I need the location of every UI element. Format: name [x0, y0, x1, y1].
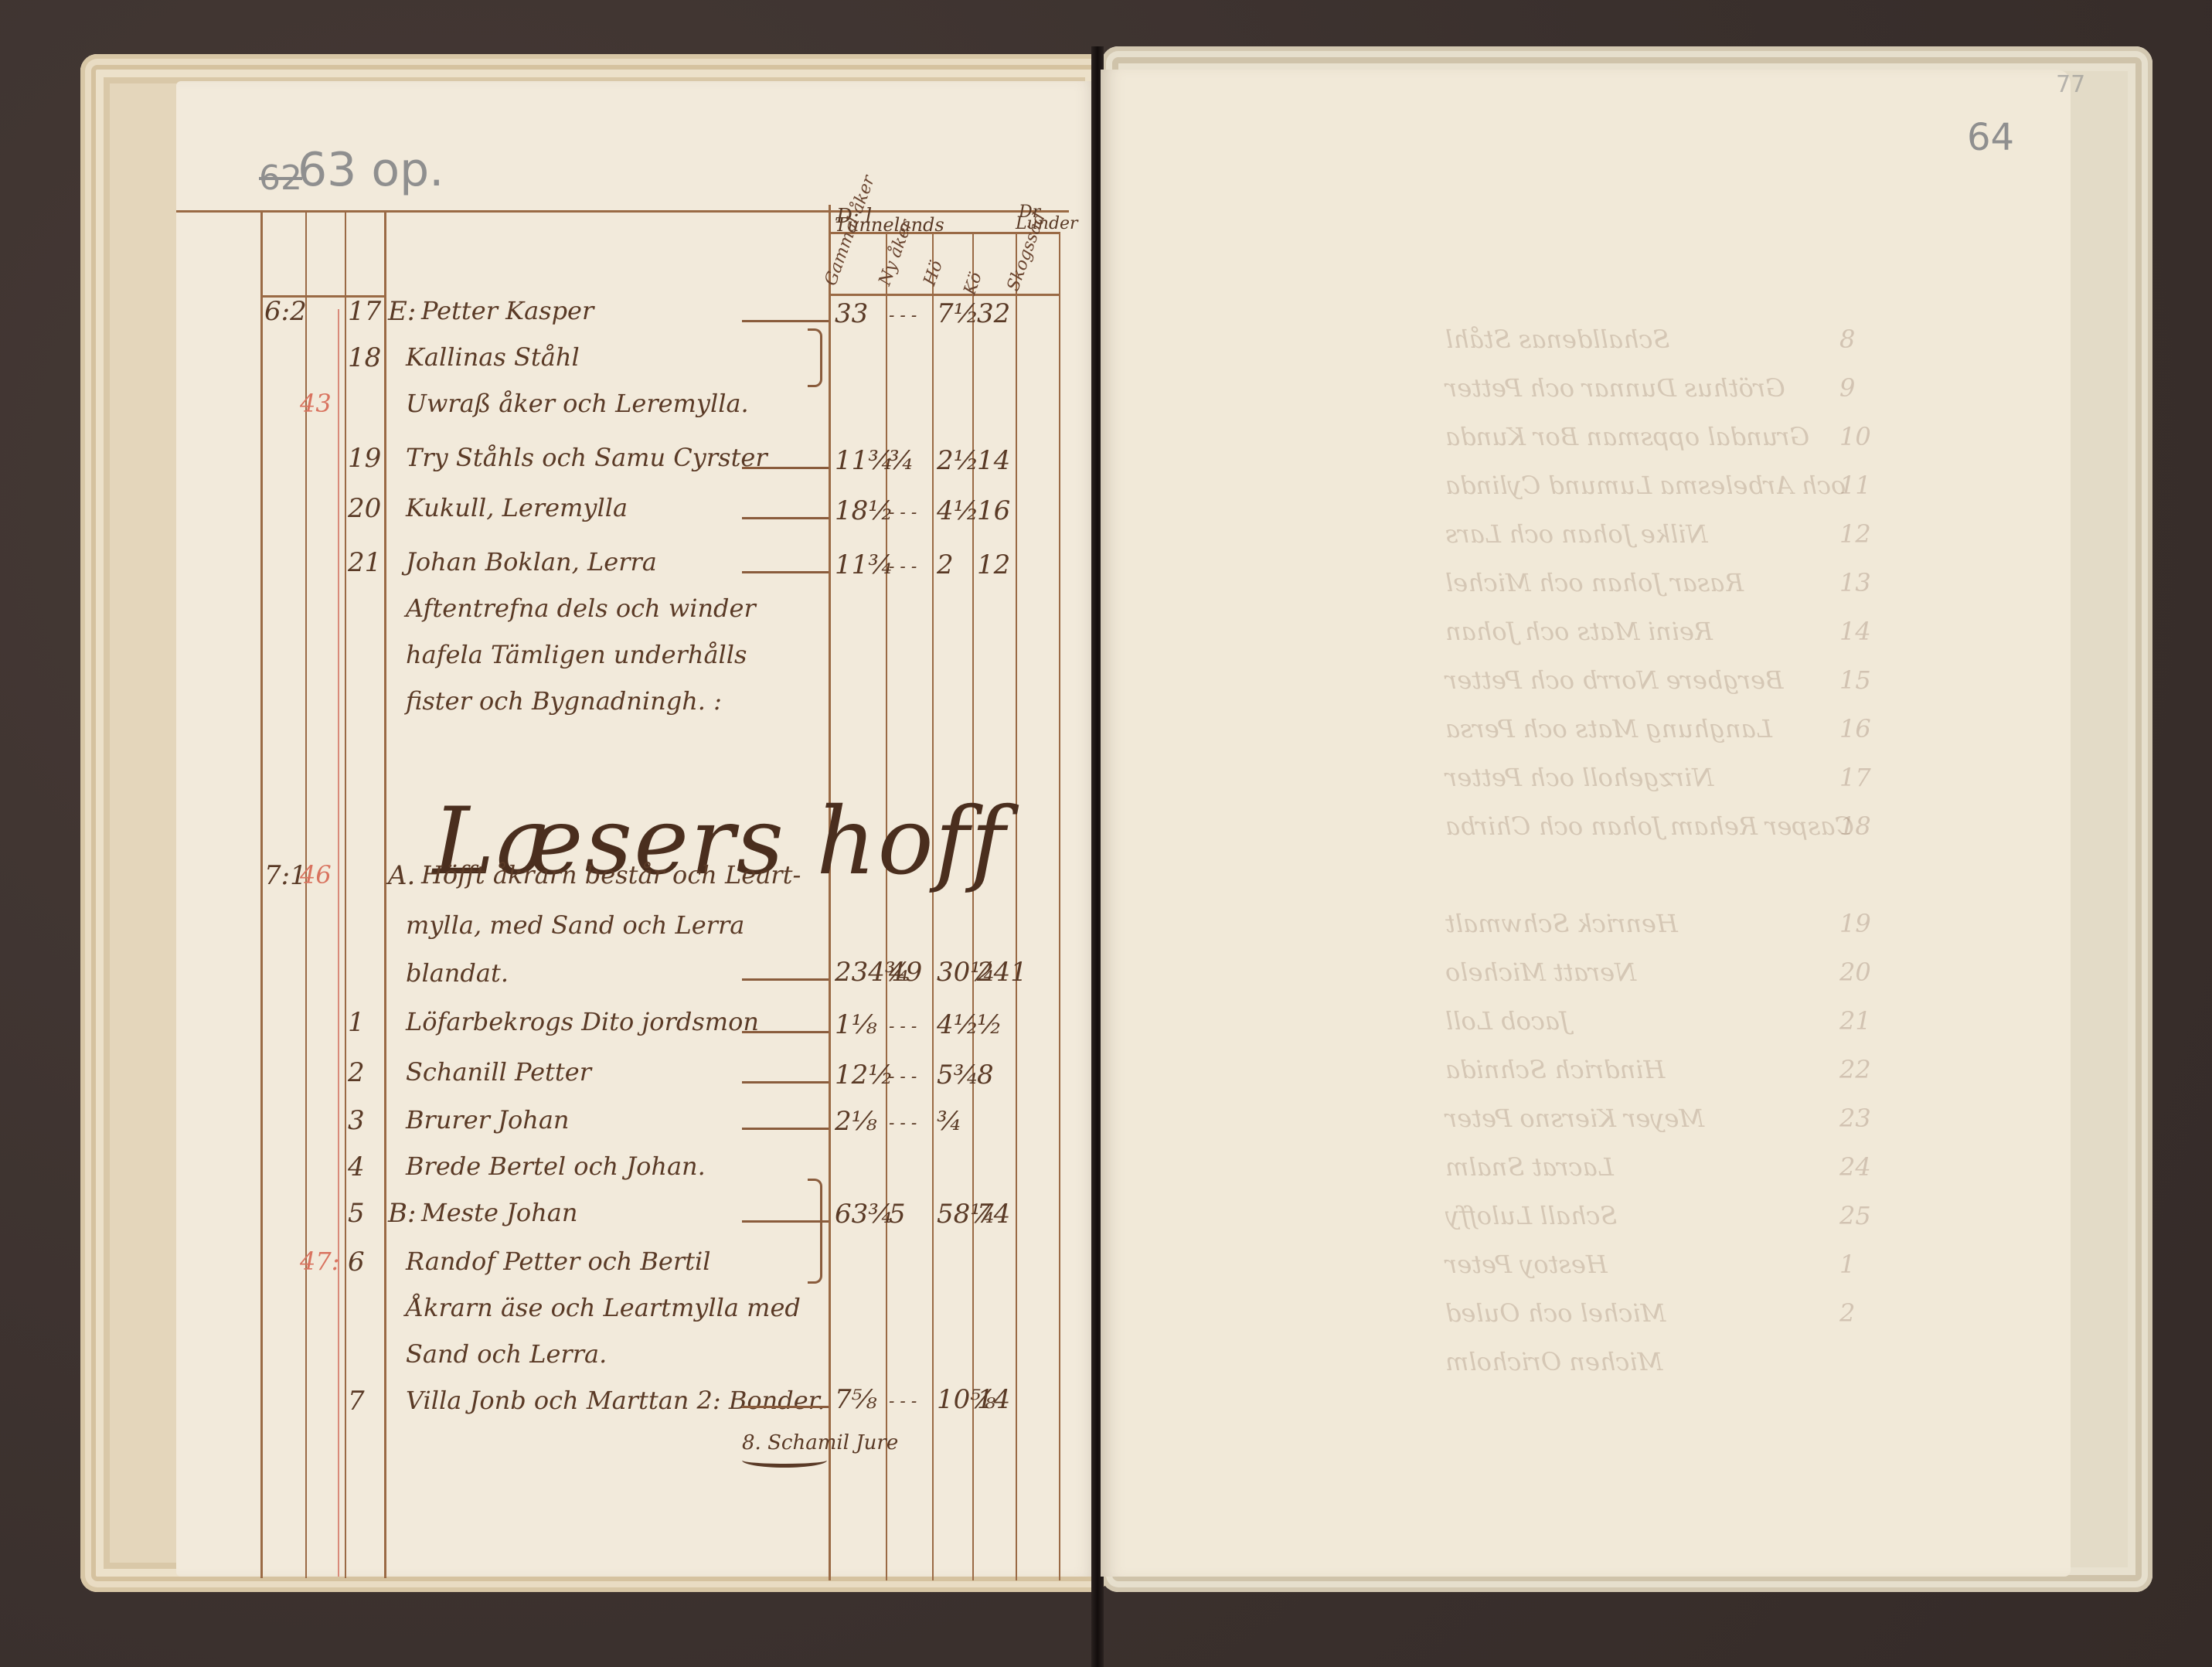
col-rule-3 — [345, 210, 346, 1578]
figure-value: - - - — [889, 306, 917, 325]
figure-value: 2⅛ — [835, 1106, 877, 1137]
bleed-number: 19 — [1839, 909, 1871, 938]
bleed-line: Jacob Loll — [1445, 1006, 1570, 1036]
bleed-number: 2 — [1839, 1298, 1855, 1328]
figure-value: 5 — [889, 1199, 906, 1230]
figure-value: 5¾ — [937, 1060, 979, 1090]
bleed-number: 21 — [1839, 1006, 1871, 1036]
red-ref: 47: — [300, 1247, 340, 1276]
entry-text: Löfarbekrogs Dito jordsmon — [406, 1007, 759, 1036]
figure-value: - - - — [889, 557, 917, 577]
entry-text: Kallinas Ståhl — [406, 342, 580, 372]
entry-text: Kukull, Leremylla — [406, 493, 628, 522]
entry-text: Brede Bertel och Johan. — [406, 1152, 706, 1181]
footnote-swash — [742, 1453, 827, 1468]
figure-value: 12½ — [835, 1060, 893, 1090]
entry-number: 19 — [348, 443, 381, 474]
leader-line — [742, 571, 829, 573]
bleed-line: Lacrat Snalm — [1445, 1152, 1614, 1182]
figure-value: - - - — [889, 1017, 917, 1036]
figure-value: 33 — [835, 298, 868, 329]
bleed-number: 12 — [1839, 519, 1871, 549]
bleed-number: 9 — [1839, 373, 1855, 403]
columns-header-rule — [829, 294, 1060, 296]
bleed-line: Reini Mats och Johan — [1445, 617, 1713, 646]
bleed-number: 11 — [1839, 471, 1871, 500]
col-rule-1 — [260, 210, 263, 1578]
bleed-line: Schall Luloffy — [1445, 1201, 1617, 1230]
entry-text: Brurer Johan — [406, 1105, 570, 1135]
entry-text: fister och Bygnadningh. : — [406, 686, 722, 716]
entry-number: 5 — [348, 1198, 365, 1229]
figure-value: - - - — [889, 1392, 917, 1411]
entry-number: 6 — [348, 1247, 365, 1277]
entry-number: 1 — [348, 1007, 365, 1038]
entry-text: Villa Jonb och Marttan 2: Bonder. — [406, 1386, 825, 1415]
leader-line — [742, 1031, 829, 1033]
bleed-number: 18 — [1839, 811, 1871, 841]
entry-text: hafela Tämligen underhålls — [406, 640, 747, 669]
figure-value: 8 — [977, 1060, 994, 1090]
leader-line — [742, 1128, 829, 1130]
entry-number: 4 — [348, 1152, 365, 1182]
struck-folio-number: 62 — [259, 158, 302, 198]
entry-text: Johan Boklan, Lerra — [406, 547, 657, 577]
bleed-number: 17 — [1839, 763, 1871, 792]
entry-text: Sand och Lerra. — [406, 1339, 607, 1369]
figure-value: 7⅝ — [835, 1384, 877, 1415]
corner-pencil-mark: 77 — [2056, 71, 2085, 98]
figure-value: 11¾ — [835, 445, 893, 476]
red-ref: 43 — [300, 389, 332, 418]
entry-number: 7 — [348, 1386, 365, 1417]
entry-text: Meste Johan — [421, 1198, 577, 1227]
figure-value: ¾ — [889, 445, 914, 476]
leader-line — [742, 1081, 829, 1084]
bleed-line: Hestoy Peter — [1445, 1250, 1608, 1279]
bleed-number: 8 — [1839, 325, 1855, 354]
figure-value: 241 — [977, 957, 1027, 988]
bleed-number: 13 — [1839, 568, 1871, 597]
figure-value: 74 — [977, 1199, 1010, 1230]
entry-text: blandat. — [406, 958, 509, 988]
num-col-rule-5 — [1016, 232, 1017, 1580]
entry-text: Höfft åkrarn består och Leart- — [421, 860, 801, 890]
text-col-rule — [384, 210, 386, 1578]
right-folio-number: 64 — [1967, 116, 2014, 159]
bleed-line: Langhung Mats och Persa — [1445, 714, 1772, 743]
num-col-rule-3 — [932, 232, 934, 1580]
leader-line — [742, 320, 829, 322]
figure-value: 12 — [977, 549, 1010, 580]
entry-text: Uwraß åker och Leremylla. — [406, 389, 749, 418]
entry-text: Randof Petter och Bertil — [406, 1247, 710, 1276]
num-col-rule-2 — [886, 232, 887, 1580]
figure-value: - - - — [889, 1067, 917, 1087]
entry-number: 21 — [348, 547, 381, 578]
figure-value: 49 — [889, 957, 922, 988]
figure-value: 14 — [977, 1384, 1010, 1415]
entry-number: 3 — [348, 1105, 365, 1136]
bleed-number: 15 — [1839, 665, 1871, 695]
bleed-number: 1 — [1839, 1250, 1855, 1279]
entry-text: mylla, med Sand och Lerra — [406, 910, 744, 940]
bleed-line: Hindrich Schnida — [1445, 1055, 1665, 1084]
entry-text: Aftentrefna dels och winder — [406, 594, 756, 623]
figure-value: ½ — [977, 1009, 1002, 1040]
footnote: 8. Schamil Jure — [742, 1431, 898, 1454]
bleed-number: 16 — [1839, 714, 1871, 743]
entry-number: 18 — [348, 342, 381, 373]
bleed-line: Henrick Schwmalt — [1445, 909, 1678, 938]
leader-line — [742, 517, 829, 519]
entry-text: Schanill Petter — [406, 1057, 591, 1087]
figure-value: 16 — [977, 495, 1010, 526]
bleed-line: Casper Reham Johan och Chirba — [1445, 811, 1854, 841]
figure-value: 4½ — [937, 495, 979, 526]
entry-number: 20 — [348, 493, 381, 524]
figure-value: 2½ — [937, 445, 979, 476]
entry-number: 17 — [348, 296, 381, 327]
bleed-line: Gröthus Dunnar och Petter — [1445, 373, 1785, 403]
red-rule — [338, 309, 339, 1577]
entry-number: 2 — [348, 1057, 365, 1088]
brace-rows-4-6 — [808, 1179, 822, 1284]
bleed-number: 14 — [1839, 617, 1871, 646]
figure-value: - - - — [889, 1114, 917, 1133]
entry-text: Åkrarn äse och Leartmylla med — [406, 1293, 801, 1322]
bleed-number: 25 — [1839, 1201, 1871, 1230]
red-ref: 46 — [300, 860, 332, 890]
entry-mark: A. — [388, 860, 415, 891]
figure-value: 18½ — [835, 495, 893, 526]
figure-value: 11¾ — [835, 549, 893, 580]
entry-mark: B: — [388, 1198, 416, 1229]
bleed-line: Schalldenas Ståhl — [1445, 325, 1669, 354]
top-rule — [176, 210, 1069, 213]
bleed-line: Nilke Johan och Lars — [1445, 519, 1708, 549]
leader-line — [742, 1406, 829, 1408]
entry-text: Petter Kasper — [421, 296, 594, 325]
figure-value: 2 — [937, 549, 954, 580]
entry-text: Try Ståhls och Samu Cyrster — [406, 443, 767, 472]
figure-value: 63¾ — [835, 1199, 893, 1230]
bleed-line: Nirzgeholl och Petter — [1445, 763, 1713, 792]
figure-value: 14 — [977, 445, 1010, 476]
figure-value: ¾ — [937, 1106, 962, 1137]
num-col-rule-6 — [1059, 232, 1060, 1580]
bleed-line: och Arbelesma Lumund Cylinda — [1445, 471, 1846, 500]
bleed-line: Michel och Ouled — [1445, 1298, 1666, 1328]
bleed-number: 24 — [1839, 1152, 1871, 1182]
bleed-line: Neratt Michelo — [1445, 958, 1636, 987]
entry-mark: E: — [388, 296, 416, 327]
bleed-number: 10 — [1839, 422, 1871, 451]
num-col-rule-4 — [972, 232, 974, 1580]
bleed-number: 23 — [1839, 1104, 1871, 1133]
bleed-number: 20 — [1839, 958, 1871, 987]
figure-value: 1⅛ — [835, 1009, 877, 1040]
margin-ref: 6:2 — [264, 296, 307, 327]
brace-rows-17-18 — [808, 328, 822, 387]
bleed-number: 22 — [1839, 1055, 1871, 1084]
folio-number: 63 op. — [298, 143, 444, 197]
figure-value: 7½ — [937, 298, 979, 329]
leader-line — [742, 467, 829, 469]
leader-line — [742, 978, 829, 981]
bleed-line: Bergbere Norrb och Petter — [1445, 665, 1784, 695]
figure-value: - - - — [889, 503, 917, 522]
bleed-line: Meyer Kiersno Peter — [1445, 1104, 1704, 1133]
bleed-line: Michen Oricholm — [1445, 1347, 1662, 1376]
bleed-line: Rasar Johan och Michel — [1445, 568, 1744, 597]
bleed-line: Grundal oppsman Bor Kunda — [1445, 422, 1809, 451]
figure-value: 4½ — [937, 1009, 979, 1040]
figure-value: 32 — [977, 298, 1010, 329]
